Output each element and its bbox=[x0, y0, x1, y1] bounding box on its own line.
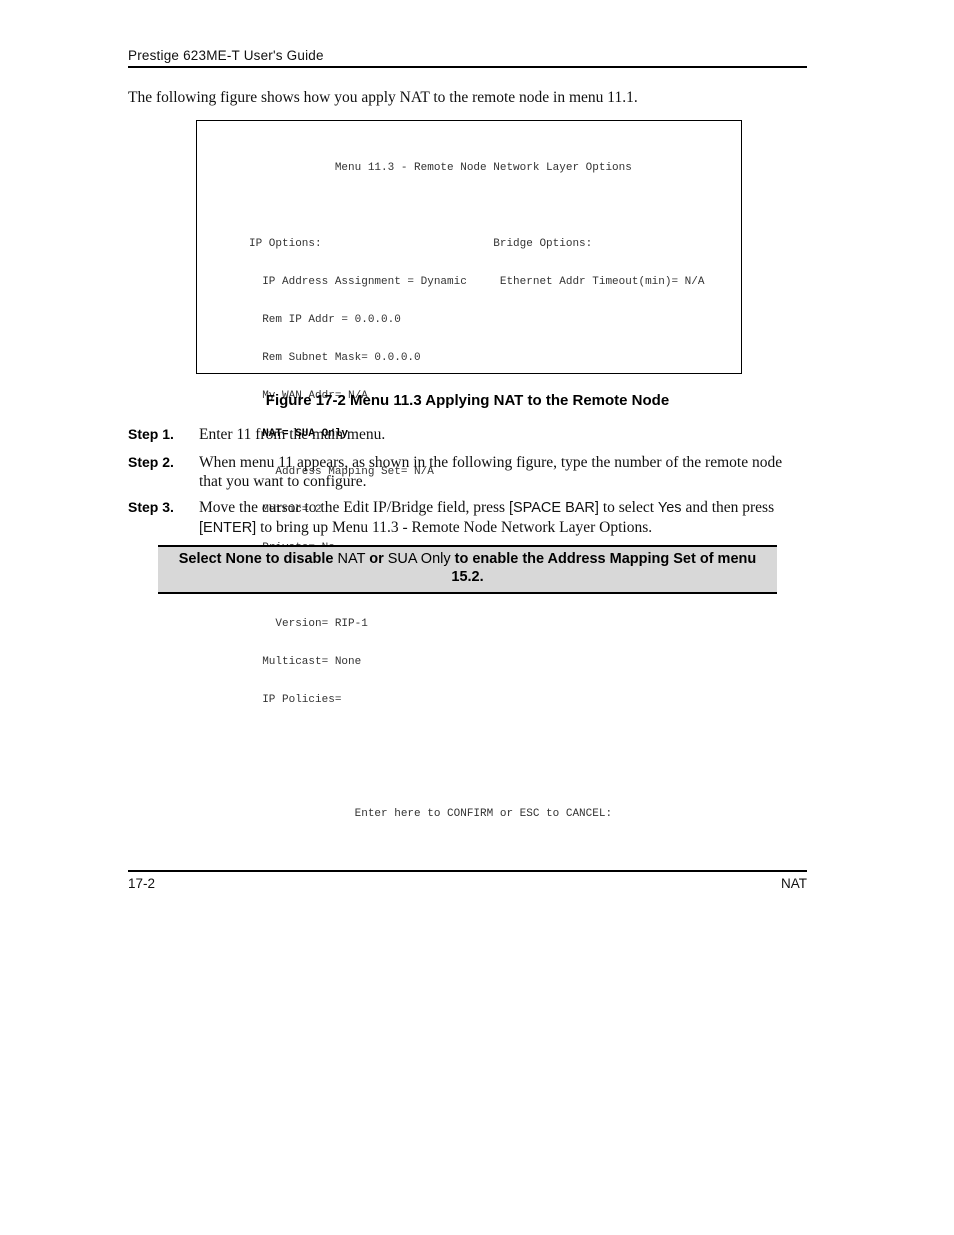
console-line bbox=[249, 770, 741, 783]
note-segment: or bbox=[369, 551, 388, 567]
intro-paragraph: The following figure shows how you apply… bbox=[128, 88, 808, 107]
footer-section-title: NAT bbox=[128, 876, 807, 891]
step-3-label: Step 3. bbox=[128, 499, 174, 515]
step-1-segment: Enter 11 from the main menu. bbox=[199, 426, 385, 443]
step-2-text: When menu 11 appears, as shown in the fo… bbox=[199, 453, 808, 491]
note-segment: Select None to disable bbox=[179, 551, 338, 567]
enter-key-label: [ENTER] bbox=[199, 520, 256, 536]
step-3-segment: and then press bbox=[682, 499, 775, 516]
console-line: IP Policies= bbox=[249, 694, 741, 707]
step-3-segment: to select bbox=[599, 499, 658, 516]
console-line: Rem IP Addr = 0.0.0.0 bbox=[249, 314, 741, 327]
console-line bbox=[249, 732, 741, 745]
note-segment: SUA Only bbox=[388, 551, 455, 567]
document-page: Prestige 623ME-T User's Guide The follow… bbox=[0, 0, 954, 1235]
step-2-segment: When menu 11 appears, as shown in the fo… bbox=[199, 454, 782, 490]
space-bar-key-label: [SPACE BAR] bbox=[509, 500, 599, 516]
header-rule bbox=[128, 66, 807, 68]
header-title: Prestige 623ME-T User's Guide bbox=[128, 48, 324, 63]
console-line: IP Address Assignment = Dynamic Ethernet… bbox=[249, 276, 741, 289]
step-2-label: Step 2. bbox=[128, 454, 174, 470]
note-box: Select None to disable NAT or SUA Only t… bbox=[158, 545, 777, 594]
step-3-segment: Move the cursor to the Edit IP/Bridge fi… bbox=[199, 499, 509, 516]
console-line: Enter here to CONFIRM or ESC to CANCEL: bbox=[249, 808, 741, 821]
console-line bbox=[249, 200, 741, 213]
console-line: Rem Subnet Mask= 0.0.0.0 bbox=[249, 352, 741, 365]
console-line: Version= RIP-1 bbox=[249, 618, 741, 631]
console-line: Multicast= None bbox=[249, 656, 741, 669]
console-line: IP Options: Bridge Options: bbox=[249, 238, 741, 251]
step-1-text: Enter 11 from the main menu. bbox=[199, 425, 808, 444]
step-3-text: Move the cursor to the Edit IP/Bridge fi… bbox=[199, 498, 808, 538]
footer-rule bbox=[128, 870, 807, 872]
note-segment: to enable the Address Mapping Set of men… bbox=[451, 551, 756, 585]
note-segment: NAT bbox=[338, 551, 370, 567]
step-3: Step 3. Move the cursor to the Edit IP/B… bbox=[128, 498, 808, 538]
yes-value-label: Yes bbox=[658, 500, 682, 516]
console-line: Menu 11.3 - Remote Node Network Layer Op… bbox=[249, 162, 741, 175]
figure-caption: Figure 17-2 Menu 11.3 Applying NAT to th… bbox=[128, 392, 807, 409]
step-2: Step 2. When menu 11 appears, as shown i… bbox=[128, 453, 808, 491]
console-figure: Menu 11.3 - Remote Node Network Layer Op… bbox=[196, 120, 742, 374]
console-lines: Menu 11.3 - Remote Node Network Layer Op… bbox=[197, 137, 741, 845]
step-1-label: Step 1. bbox=[128, 426, 174, 442]
step-3-segment: to bring up Menu 11.3 - Remote Node Netw… bbox=[256, 519, 652, 536]
step-1: Step 1. Enter 11 from the main menu. bbox=[128, 425, 808, 444]
